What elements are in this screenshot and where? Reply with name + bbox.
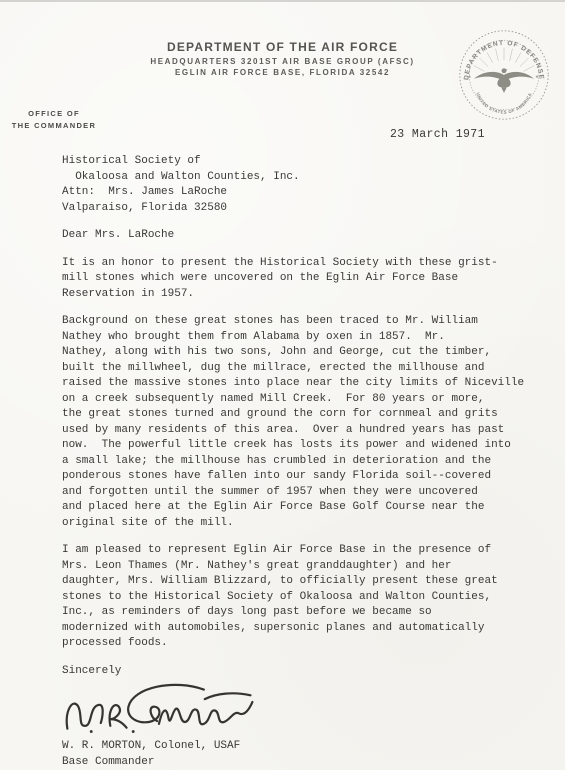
signature-image [58,681,258,743]
department-of-defense-seal-icon: DEPARTMENT OF DEFENSE UNITED STATES OF A… [457,28,551,122]
letter-date: 23 March 1971 [390,128,485,141]
seal-eagle [474,68,534,93]
paragraph-3: I am pleased to represent Eglin Air Forc… [62,543,548,652]
paragraph-2: Background on these great stones has bee… [62,314,548,531]
seal-bottom-text: UNITED STATES OF AMERICA [475,92,532,115]
signer-typed-name: W. R. MORTON, Colonel, USAF [62,739,548,755]
closing: Sincerely [62,664,548,680]
office-of-commander-label: OFFICE OF THE COMMANDER [6,108,102,132]
office-line-2: THE COMMANDER [6,120,102,132]
office-line-1: OFFICE OF [6,108,102,120]
seal-star-left: ★ [467,74,472,80]
seal-top-text: DEPARTMENT OF DEFENSE [463,40,545,80]
letter-page: DEPARTMENT OF THE AIR FORCE HEADQUARTERS… [0,0,565,770]
recipient-address: Historical Society of Okaloosa and Walto… [62,154,548,216]
letter-body: Historical Society of Okaloosa and Walto… [62,154,548,770]
salutation: Dear Mrs. LaRoche [62,228,548,244]
paragraph-1: It is an honor to present the Historical… [62,256,548,303]
